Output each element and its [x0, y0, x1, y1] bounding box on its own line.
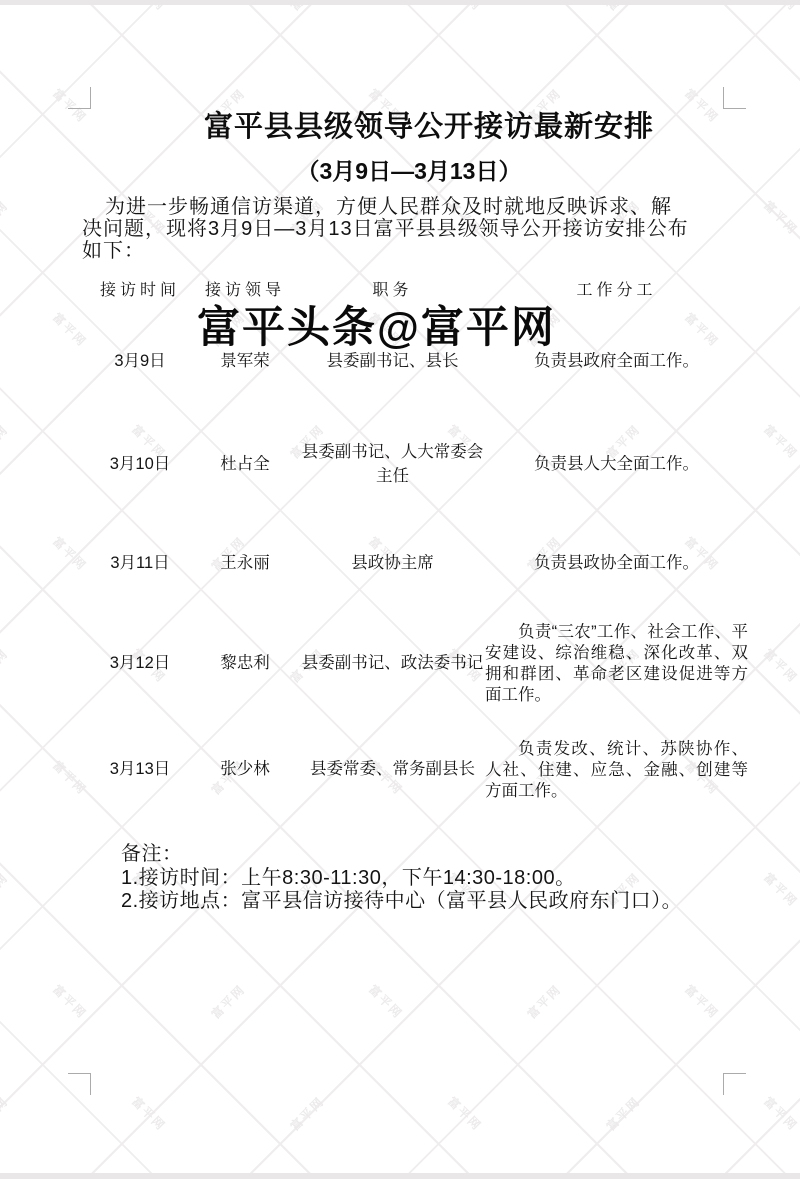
- page-edge-top: [0, 0, 800, 5]
- cell-leader: 杜占全: [190, 430, 300, 500]
- note-item: 2.接访地点：富平县信访接待中心（富平县人民政府东门口）。: [121, 890, 682, 914]
- document-page: 富平网富平网富平网富平网富平网富平网富平网富平网富平网富平网富平网富平网富平网富…: [0, 0, 800, 1179]
- intro-line: 为进一步畅通信访渠道，方便人民群众及时就地反映诉求、解: [82, 196, 689, 218]
- notes-label: 备注：: [121, 843, 682, 867]
- page-edge-bottom: [0, 1173, 800, 1179]
- table-row: 3月10日 杜占全 县委副书记、人大常委会主任 负责县人大全面工作。: [90, 430, 748, 500]
- cell-leader: 张少林: [190, 732, 300, 808]
- cell-leader: 王永丽: [190, 540, 300, 588]
- cell-leader: 黎忠利: [190, 616, 300, 712]
- table-row: 3月12日 黎忠利 县委副书记、政法委书记 负责“三农”工作、社会工作、平安建设…: [90, 616, 748, 712]
- cell-position: 县政协主席: [300, 540, 485, 588]
- cell-date: 3月10日: [90, 430, 190, 500]
- watermark-banner: 富平头条@富平网: [197, 294, 556, 355]
- cell-duty: 负责县人大全面工作。: [485, 430, 748, 500]
- cell-position: 县委副书记、人大常委会主任: [300, 430, 485, 500]
- document-content: 富平县县级领导公开接访最新安排 （3月9日—3月13日） 为进一步畅通信访渠道，…: [0, 0, 800, 1179]
- cell-position: 县委常委、常务副县长: [300, 732, 485, 808]
- note-item: 1.接访时间：上午8:30-11:30，下午14:30-18:00。: [121, 867, 682, 891]
- intro-paragraph: 为进一步畅通信访渠道，方便人民群众及时就地反映诉求、解 决问题，现将3月9日—3…: [82, 196, 689, 262]
- cell-date: 3月11日: [90, 540, 190, 588]
- page-title: 富平县县级领导公开接访最新安排: [100, 104, 758, 145]
- cell-date: 3月12日: [90, 616, 190, 712]
- column-header-time: 接访时间: [90, 277, 190, 300]
- page-subtitle: （3月9日—3月13日）: [80, 153, 738, 186]
- cell-duty: 负责“三农”工作、社会工作、平安建设、综治维稳、深化改革、双拥和群团、革命老区建…: [485, 622, 748, 706]
- cell-date: 3月9日: [90, 338, 190, 386]
- cell-duty: 负责县政协全面工作。: [485, 540, 748, 588]
- table-row: 3月11日 王永丽 县政协主席 负责县政协全面工作。: [90, 540, 748, 588]
- intro-line: 决问题，现将3月9日—3月13日富平县县级领导公开接访安排公布: [82, 218, 689, 240]
- notes-block: 备注： 1.接访时间：上午8:30-11:30，下午14:30-18:00。 2…: [121, 843, 682, 914]
- table-row: 3月13日 张少林 县委常委、常务副县长 负责发改、统计、苏陕协作、人社、住建、…: [90, 732, 748, 808]
- cell-date: 3月13日: [90, 732, 190, 808]
- intro-line: 如下：: [82, 240, 689, 262]
- cell-position: 县委副书记、政法委书记: [300, 616, 485, 712]
- cell-duty: 负责发改、统计、苏陕协作、人社、住建、应急、金融、创建等方面工作。: [485, 739, 748, 802]
